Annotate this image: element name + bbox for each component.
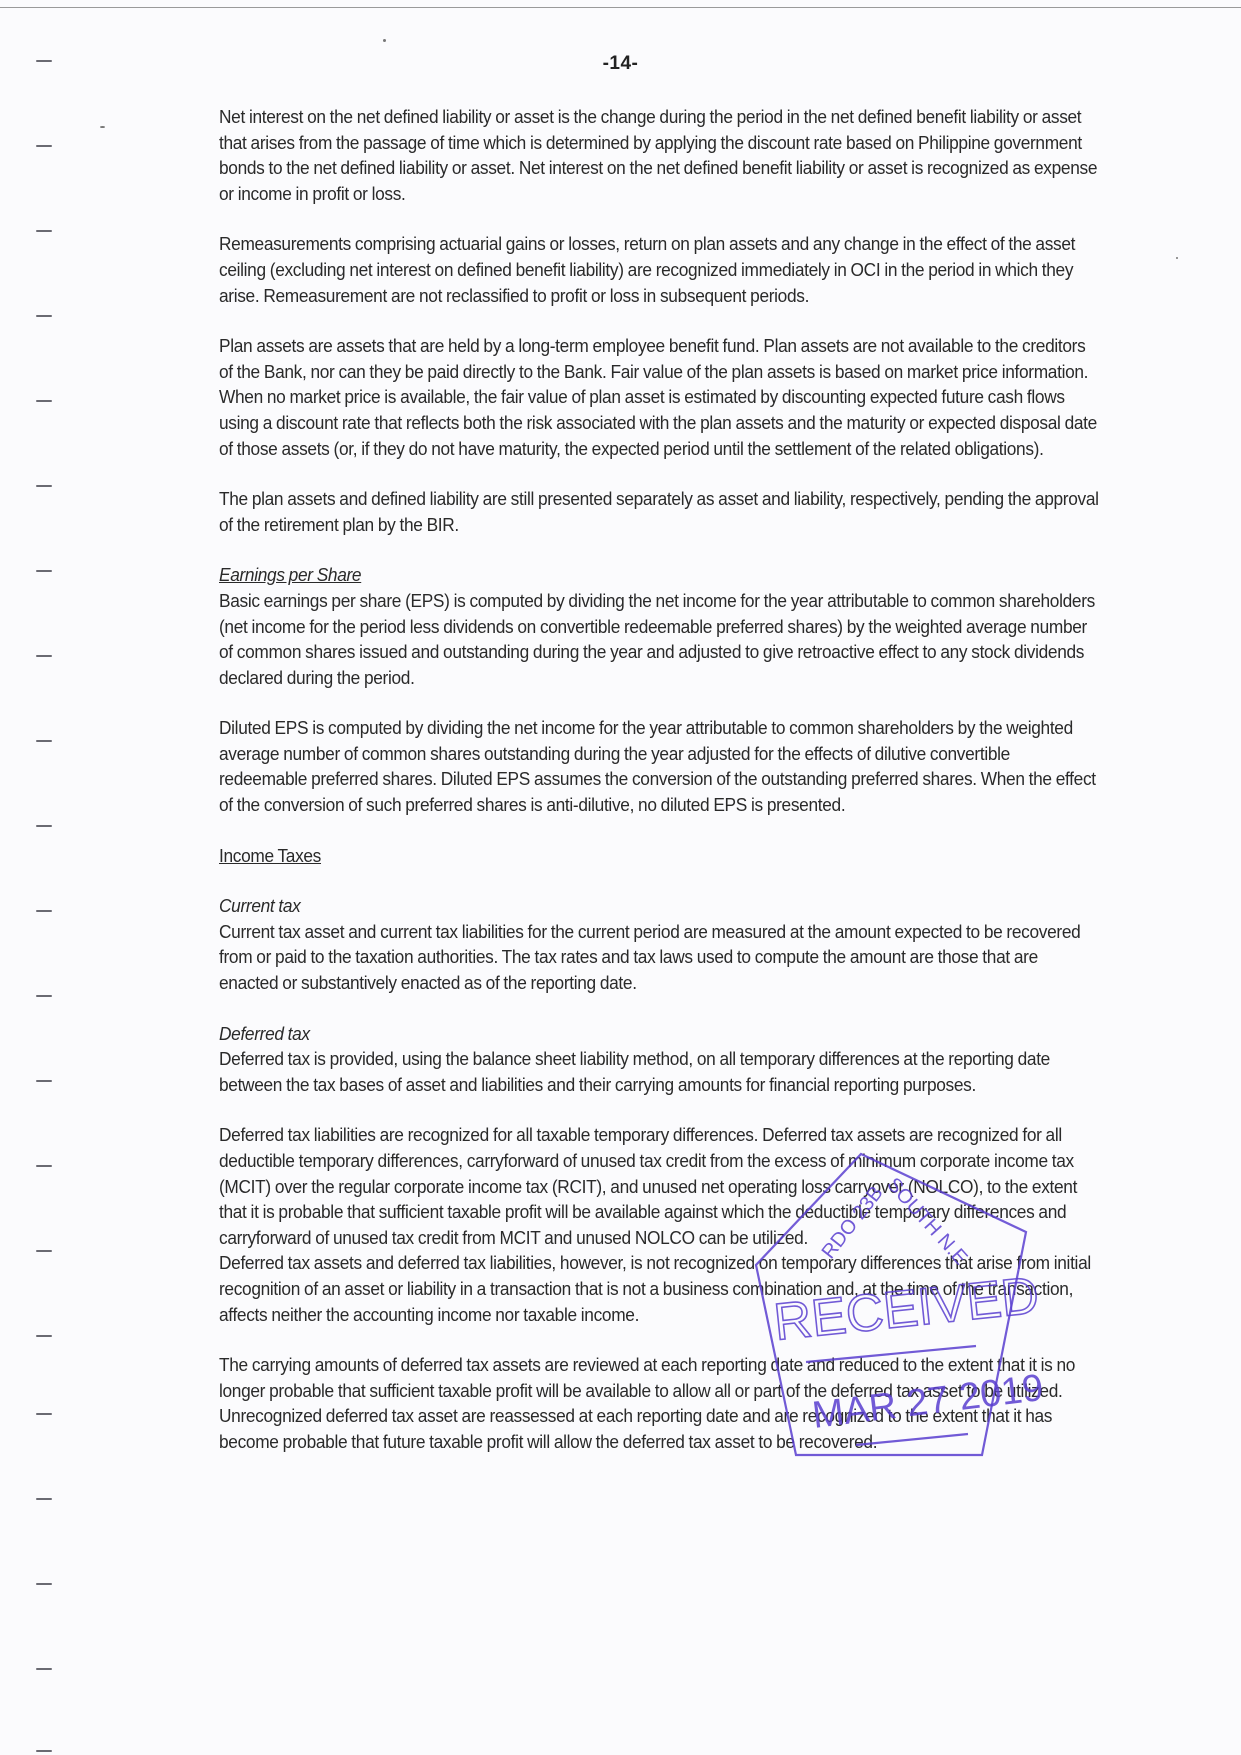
paragraph-remeasurements: Remeasurements comprising actuarial gain… [219,231,1099,308]
paragraph-deferred-tax-review: The carrying amounts of deferred tax ass… [219,1352,1099,1454]
paragraph-basic-eps: Basic earnings per share (EPS) is comput… [219,588,1099,690]
heading-earnings-per-share: Earnings per Share [219,562,1099,588]
heading-deferred-tax: Deferred tax [219,1021,1099,1047]
binder-mark [36,1165,52,1167]
binder-mark [36,230,52,232]
binder-mark [36,1413,52,1415]
binder-mark [36,485,52,487]
binder-mark [36,740,52,742]
binder-mark [36,315,52,317]
paragraph-plan-assets: Plan assets are assets that are held by … [219,333,1099,461]
page-number: -14- [0,53,1241,75]
binder-mark [36,910,52,912]
paragraph-net-interest: Net interest on the net defined liabilit… [219,104,1099,206]
binder-mark [36,145,52,147]
paragraph-deferred-tax-recognition: Deferred tax liabilities are recognized … [219,1122,1099,1250]
binder-mark [36,1498,52,1500]
binder-mark [36,825,52,827]
binder-mark [36,995,52,997]
paragraph-current-tax: Current tax asset and current tax liabil… [219,919,1099,996]
paragraph-diluted-eps: Diluted EPS is computed by dividing the … [219,715,1099,817]
binder-mark [36,655,52,657]
heading-current-tax: Current tax [219,893,1099,919]
binder-mark [36,1583,52,1585]
scan-speck [1176,257,1178,259]
paragraph-plan-assets-presentation: The plan assets and defined liability ar… [219,486,1099,537]
document-body: Net interest on the net defined liabilit… [219,104,1099,1480]
binder-mark [36,1668,52,1670]
paragraph-deferred-tax-method: Deferred tax is provided, using the bala… [219,1046,1099,1097]
binder-mark [36,1080,52,1082]
binder-mark [36,1335,52,1337]
scan-speck [100,126,105,128]
heading-income-taxes: Income Taxes [219,843,1099,869]
scan-top-edge [0,7,1241,8]
paragraph-deferred-tax-exceptions: Deferred tax assets and deferred tax lia… [219,1250,1099,1327]
binder-mark [36,1750,52,1752]
binder-mark [36,400,52,402]
scan-speck [383,39,386,42]
binder-mark [36,570,52,572]
binder-mark [36,1250,52,1252]
